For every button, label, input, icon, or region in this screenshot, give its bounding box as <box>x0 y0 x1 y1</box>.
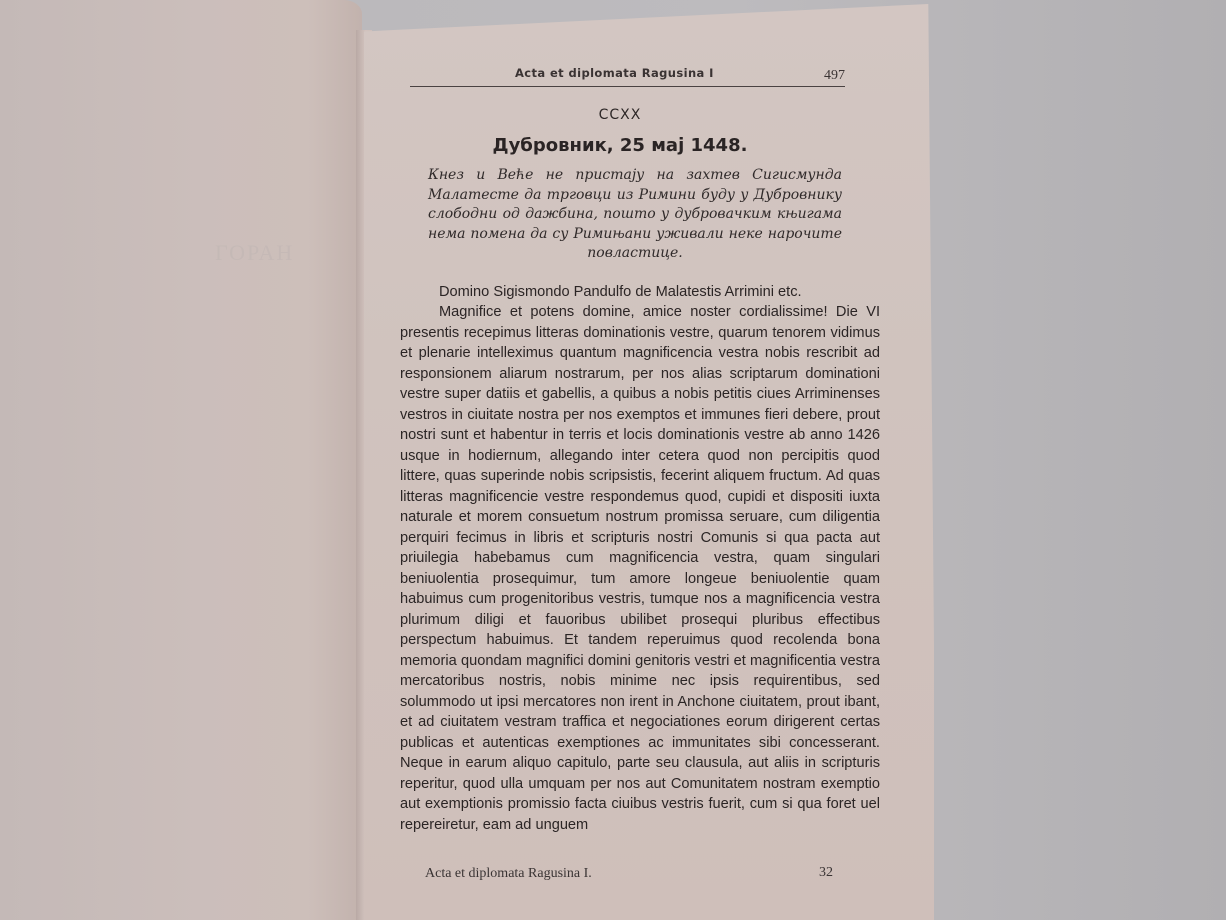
page-number: 497 <box>824 68 845 84</box>
document-number: CCXX <box>360 107 880 123</box>
right-page-content: Acta et diplomata Ragusina I 497 CCXX Ду… <box>400 60 880 835</box>
footer-signature: Acta et diplomata Ragusina I. <box>425 866 592 882</box>
running-header-title: Acta et diplomata Ragusina I <box>515 66 714 80</box>
left-page: ГОРАН <box>0 0 362 920</box>
footer-sheet-number: 32 <box>819 865 833 881</box>
document-summary: Кнез и Веће не пристају на захтев Сигисм… <box>428 166 842 264</box>
document-place-date: Дубровник, 25 мај 1448. <box>360 135 880 156</box>
letter-address: Domino Sigismondo Pandulfo de Malatestis… <box>400 282 880 303</box>
letter-body: Magnifice et potens domine, amice noster… <box>400 302 880 835</box>
letter-text: Domino Sigismondo Pandulfo de Malatestis… <box>400 282 880 836</box>
running-header: Acta et diplomata Ragusina I 497 <box>410 60 845 87</box>
show-through-text: ГОРАН <box>215 240 294 266</box>
